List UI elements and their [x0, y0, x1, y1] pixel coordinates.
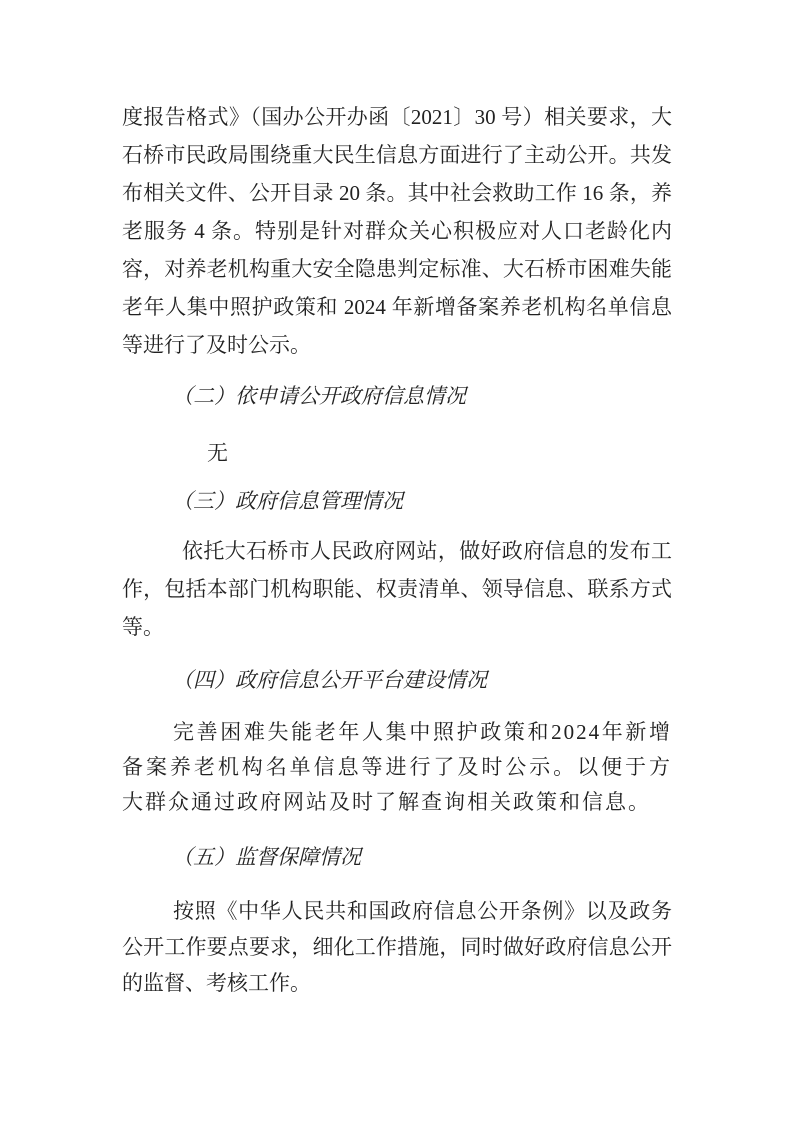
section-heading-on-request-disclosure: （二）依申请公开政府信息情况	[122, 377, 672, 415]
section-heading-supervision-guarantee: （五）监督保障情况	[122, 838, 672, 876]
section-heading-information-management: （三）政府信息管理情况	[122, 482, 672, 520]
document-page: 度报告格式》（国办公开办函〔2021〕30 号）相关要求，大石桥市民政局围绕重大…	[122, 98, 672, 1001]
paragraph-none: 无	[122, 434, 672, 472]
paragraph-platform-construction: 完善困难失能老年人集中照护政策和2024年新增备案养老机构名单信息等进行了及时公…	[122, 715, 672, 820]
paragraph-information-management: 依托大石桥市人民政府网站，做好政府信息的发布工作，包括本部门机构职能、权责清单、…	[122, 532, 672, 646]
paragraph-supervision-guarantee: 按照《中华人民共和国政府信息公开条例》以及政务公开工作要点要求，细化工作措施，同…	[122, 893, 672, 1001]
paragraph-proactive-disclosure-continued: 度报告格式》（国办公开办函〔2021〕30 号）相关要求，大石桥市民政局围绕重大…	[122, 98, 672, 364]
section-heading-platform-construction: （四）政府信息公开平台建设情况	[122, 661, 672, 699]
